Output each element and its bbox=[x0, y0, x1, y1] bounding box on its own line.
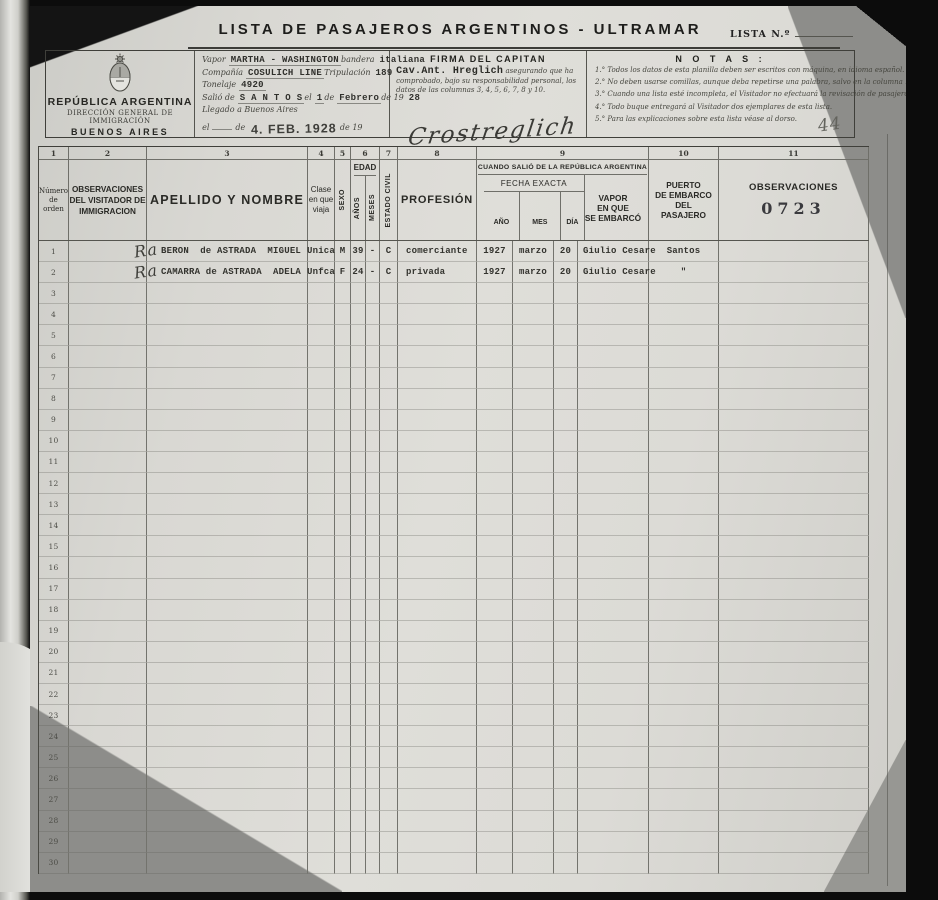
cell-vapor bbox=[578, 811, 649, 832]
cell-vapor bbox=[578, 346, 649, 367]
cell-row-number: 1 bbox=[39, 241, 69, 262]
cell-puerto bbox=[649, 536, 719, 557]
cell-meses bbox=[366, 283, 380, 304]
cell-name bbox=[147, 304, 308, 325]
cell-ano bbox=[477, 325, 513, 346]
cell-vapor bbox=[578, 579, 649, 600]
cell-profesion bbox=[398, 768, 477, 789]
table-row: 24 bbox=[39, 726, 869, 747]
cell-estado bbox=[380, 494, 398, 515]
cell-sexo bbox=[335, 705, 351, 726]
cell-clase bbox=[308, 473, 335, 494]
cell-meses bbox=[366, 747, 380, 768]
cell-ano bbox=[477, 536, 513, 557]
cell-dia bbox=[554, 768, 578, 789]
arrival-de-label: de bbox=[235, 123, 245, 132]
cell-puerto bbox=[649, 705, 719, 726]
cell-profesion bbox=[398, 832, 477, 853]
cell-ano: 1927 bbox=[477, 241, 513, 262]
cell-sexo bbox=[335, 304, 351, 325]
cell-anos bbox=[351, 768, 366, 789]
cell-visitador-mark bbox=[69, 536, 147, 557]
cell-sexo bbox=[335, 431, 351, 452]
cell-profesion bbox=[398, 579, 477, 600]
cell-dia bbox=[554, 642, 578, 663]
table-row: 22 bbox=[39, 684, 869, 705]
table-row: 28 bbox=[39, 811, 869, 832]
cell-dia bbox=[554, 346, 578, 367]
captain-statement: Cav.Ant. Hreglich asegurando que ha comp… bbox=[396, 66, 580, 95]
col-number: 5 bbox=[335, 147, 351, 160]
table-row: 19 bbox=[39, 621, 869, 642]
cell-ano bbox=[477, 410, 513, 431]
cell-obs bbox=[719, 473, 869, 494]
cell-profesion bbox=[398, 368, 477, 389]
cell-ano bbox=[477, 431, 513, 452]
cell-name bbox=[147, 768, 308, 789]
cell-puerto bbox=[649, 789, 719, 810]
cell-obs bbox=[719, 557, 869, 578]
cell-anos: 24 bbox=[351, 262, 366, 283]
cell-obs bbox=[719, 325, 869, 346]
cell-clase bbox=[308, 536, 335, 557]
cell-puerto bbox=[649, 325, 719, 346]
serial-number-stamp: 0723 bbox=[761, 199, 826, 218]
cell-clase bbox=[308, 346, 335, 367]
cell-vapor bbox=[578, 410, 649, 431]
cell-obs bbox=[719, 642, 869, 663]
cell-dia bbox=[554, 473, 578, 494]
table-row: 27 bbox=[39, 789, 869, 810]
cell-visitador-mark bbox=[69, 325, 147, 346]
cell-clase bbox=[308, 789, 335, 810]
cell-sexo bbox=[335, 684, 351, 705]
cell-anos bbox=[351, 789, 366, 810]
arrival-date-stamp: 4. FEB. 1928 bbox=[251, 121, 337, 136]
cell-sexo bbox=[335, 494, 351, 515]
cell-visitador-mark bbox=[69, 642, 147, 663]
cell-profesion bbox=[398, 747, 477, 768]
cell-vapor bbox=[578, 452, 649, 473]
cell-vapor bbox=[578, 557, 649, 578]
agency-city: BUENOS AIRES bbox=[46, 127, 194, 137]
handwritten-mark: Ra bbox=[133, 239, 159, 261]
cell-ano bbox=[477, 811, 513, 832]
compania-label: Compañía bbox=[202, 68, 243, 77]
cell-meses: - bbox=[366, 241, 380, 262]
cell-anos bbox=[351, 389, 366, 410]
cell-mes bbox=[513, 726, 554, 747]
cell-estado bbox=[380, 515, 398, 536]
cell-row-number: 4 bbox=[39, 304, 69, 325]
cell-mes: marzo bbox=[513, 262, 554, 283]
cell-clase bbox=[308, 768, 335, 789]
cell-dia bbox=[554, 663, 578, 684]
cell-anos bbox=[351, 368, 366, 389]
cell-meses bbox=[366, 726, 380, 747]
cell-name bbox=[147, 600, 308, 621]
cell-visitador-mark bbox=[69, 684, 147, 705]
cell-name bbox=[147, 832, 308, 853]
cell-visitador-mark bbox=[69, 663, 147, 684]
arrival-de19-label: de 19 bbox=[340, 123, 363, 132]
cell-row-number: 3 bbox=[39, 283, 69, 304]
cell-estado bbox=[380, 726, 398, 747]
cell-puerto bbox=[649, 389, 719, 410]
table-row: 17 bbox=[39, 579, 869, 600]
cell-estado: C bbox=[380, 262, 398, 283]
table-row: 3 bbox=[39, 283, 869, 304]
cell-profesion bbox=[398, 494, 477, 515]
cell-estado bbox=[380, 811, 398, 832]
cell-sexo bbox=[335, 789, 351, 810]
col-number: 1 bbox=[39, 147, 69, 160]
cell-estado bbox=[380, 600, 398, 621]
cell-sexo: M bbox=[335, 241, 351, 262]
notas-box: N O T A S : 1.° Todos los datos de esta … bbox=[587, 51, 854, 137]
cell-ano bbox=[477, 747, 513, 768]
cell-mes bbox=[513, 600, 554, 621]
cell-vapor bbox=[578, 789, 649, 810]
cell-puerto bbox=[649, 621, 719, 642]
cell-dia bbox=[554, 853, 578, 874]
cell-sexo bbox=[335, 663, 351, 684]
cell-anos bbox=[351, 684, 366, 705]
cell-clase bbox=[308, 494, 335, 515]
cell-clase bbox=[308, 747, 335, 768]
cell-estado bbox=[380, 621, 398, 642]
cell-name bbox=[147, 452, 308, 473]
nota-item-3: 3.° Cuando una lista esté incompleta, el… bbox=[595, 88, 846, 100]
cell-meses bbox=[366, 325, 380, 346]
cell-clase bbox=[308, 431, 335, 452]
cell-row-number: 16 bbox=[39, 557, 69, 578]
cell-vapor bbox=[578, 368, 649, 389]
cell-row-number: 5 bbox=[39, 325, 69, 346]
nota-item-1: 1.° Todos los datos de esta planilla deb… bbox=[595, 64, 846, 76]
cell-anos bbox=[351, 557, 366, 578]
cell-puerto: Santos bbox=[649, 241, 719, 262]
cell-sexo bbox=[335, 600, 351, 621]
cell-meses: - bbox=[366, 262, 380, 283]
table-row: 25 bbox=[39, 747, 869, 768]
cell-estado bbox=[380, 431, 398, 452]
cell-mes bbox=[513, 536, 554, 557]
cell-sexo bbox=[335, 473, 351, 494]
cell-name bbox=[147, 853, 308, 874]
cell-visitador-mark bbox=[69, 494, 147, 515]
cell-row-number: 9 bbox=[39, 410, 69, 431]
cell-row-number: 7 bbox=[39, 368, 69, 389]
salio-port: S A N T O S bbox=[238, 93, 305, 104]
title-rule bbox=[188, 47, 840, 49]
cell-ano bbox=[477, 621, 513, 642]
tonelaje-label: Tonelaje bbox=[202, 80, 236, 89]
header-meses: MESES bbox=[366, 176, 380, 240]
cell-visitador-mark bbox=[69, 705, 147, 726]
cell-obs bbox=[719, 410, 869, 431]
cell-profesion bbox=[398, 536, 477, 557]
col-number: 3 bbox=[147, 147, 308, 160]
cell-anos bbox=[351, 811, 366, 832]
cell-puerto bbox=[649, 368, 719, 389]
cell-puerto bbox=[649, 726, 719, 747]
table-row: 20 bbox=[39, 642, 869, 663]
cell-dia bbox=[554, 515, 578, 536]
cell-name bbox=[147, 325, 308, 346]
cell-obs bbox=[719, 663, 869, 684]
cell-name bbox=[147, 621, 308, 642]
cell-profesion: privada bbox=[398, 262, 477, 283]
cell-obs bbox=[719, 684, 869, 705]
cell-obs bbox=[719, 726, 869, 747]
col-number: 7 bbox=[380, 147, 398, 160]
cell-ano bbox=[477, 283, 513, 304]
cell-sexo bbox=[335, 410, 351, 431]
cell-mes bbox=[513, 325, 554, 346]
table-row: 9 bbox=[39, 410, 869, 431]
cell-visitador-mark bbox=[69, 768, 147, 789]
cell-sexo bbox=[335, 579, 351, 600]
cell-puerto bbox=[649, 663, 719, 684]
cell-dia bbox=[554, 494, 578, 515]
cell-visitador-mark bbox=[69, 368, 147, 389]
col-number: 10 bbox=[649, 147, 719, 160]
cell-meses bbox=[366, 389, 380, 410]
cell-dia bbox=[554, 389, 578, 410]
cell-visitador-mark bbox=[69, 283, 147, 304]
cell-profesion bbox=[398, 452, 477, 473]
cell-anos bbox=[351, 726, 366, 747]
cell-profesion bbox=[398, 389, 477, 410]
cell-name bbox=[147, 684, 308, 705]
cell-ano bbox=[477, 684, 513, 705]
cell-puerto bbox=[649, 832, 719, 853]
cell-anos bbox=[351, 283, 366, 304]
cell-vapor bbox=[578, 684, 649, 705]
cell-obs bbox=[719, 304, 869, 325]
cell-dia bbox=[554, 283, 578, 304]
cell-profesion bbox=[398, 642, 477, 663]
cell-meses bbox=[366, 579, 380, 600]
cell-dia bbox=[554, 621, 578, 642]
header-cuando-salio-group: CUANDO SALIÓ DE LA REPÚBLICA ARGENTINA F… bbox=[477, 160, 649, 240]
header-dia: DÍA bbox=[561, 192, 584, 240]
cell-dia bbox=[554, 536, 578, 557]
cell-visitador-mark bbox=[69, 452, 147, 473]
cell-sexo bbox=[335, 726, 351, 747]
cell-meses bbox=[366, 515, 380, 536]
cell-name bbox=[147, 663, 308, 684]
cell-anos bbox=[351, 536, 366, 557]
cell-visitador-mark bbox=[69, 811, 147, 832]
cell-clase bbox=[308, 579, 335, 600]
cell-estado bbox=[380, 642, 398, 663]
table-row: 7 bbox=[39, 368, 869, 389]
nota-item-2: 2.° No deben usarse comillas, aunque deb… bbox=[595, 76, 846, 88]
cell-vapor bbox=[578, 832, 649, 853]
cell-visitador-mark bbox=[69, 726, 147, 747]
cell-dia bbox=[554, 832, 578, 853]
cell-visitador-mark bbox=[69, 747, 147, 768]
agency-box: REPÚBLICA ARGENTINA DIRECCIÓN GENERAL DE… bbox=[46, 51, 195, 137]
header-band: REPÚBLICA ARGENTINA DIRECCIÓN GENERAL DE… bbox=[45, 50, 855, 138]
header-mes: MES bbox=[520, 192, 561, 240]
table-row: 13 bbox=[39, 494, 869, 515]
cell-meses bbox=[366, 768, 380, 789]
cell-sexo bbox=[335, 452, 351, 473]
cell-vapor bbox=[578, 853, 649, 874]
cell-anos bbox=[351, 600, 366, 621]
cell-dia bbox=[554, 789, 578, 810]
cell-puerto bbox=[649, 452, 719, 473]
cell-obs bbox=[719, 536, 869, 557]
cell-sexo bbox=[335, 346, 351, 367]
cell-vapor bbox=[578, 768, 649, 789]
cell-profesion bbox=[398, 431, 477, 452]
cell-dia bbox=[554, 368, 578, 389]
cell-sexo bbox=[335, 621, 351, 642]
cell-vapor bbox=[578, 621, 649, 642]
cell-meses bbox=[366, 684, 380, 705]
cell-sexo bbox=[335, 536, 351, 557]
cell-anos bbox=[351, 663, 366, 684]
header-observaciones-label: OBSERVACIONES bbox=[749, 182, 838, 193]
cell-anos bbox=[351, 346, 366, 367]
salio-month: Febrero bbox=[337, 93, 381, 104]
cell-meses bbox=[366, 811, 380, 832]
cell-anos bbox=[351, 431, 366, 452]
header-fecha-exacta-group: FECHA EXACTA AÑO MES DÍA bbox=[484, 175, 585, 240]
cell-obs bbox=[719, 705, 869, 726]
cell-meses bbox=[366, 600, 380, 621]
cell-row-number: 6 bbox=[39, 346, 69, 367]
cell-ano bbox=[477, 642, 513, 663]
cell-estado bbox=[380, 853, 398, 874]
cell-clase bbox=[308, 853, 335, 874]
cell-meses bbox=[366, 368, 380, 389]
cell-puerto bbox=[649, 346, 719, 367]
cell-profesion bbox=[398, 346, 477, 367]
cell-anos bbox=[351, 832, 366, 853]
cell-ano bbox=[477, 726, 513, 747]
cell-visitador-mark bbox=[69, 389, 147, 410]
cell-ano bbox=[477, 579, 513, 600]
ship-line-tonelaje: Tonelaje 4920 bbox=[202, 80, 384, 93]
cell-puerto: " bbox=[649, 262, 719, 283]
cell-row-number: 28 bbox=[39, 811, 69, 832]
cell-row-number: 22 bbox=[39, 684, 69, 705]
cell-anos bbox=[351, 579, 366, 600]
cell-mes bbox=[513, 832, 554, 853]
page-edge-line bbox=[887, 134, 888, 886]
cell-estado bbox=[380, 768, 398, 789]
cell-vapor bbox=[578, 705, 649, 726]
cell-dia: 20 bbox=[554, 241, 578, 262]
cell-meses bbox=[366, 494, 380, 515]
cell-estado bbox=[380, 304, 398, 325]
cell-clase bbox=[308, 368, 335, 389]
table-row: 15 bbox=[39, 536, 869, 557]
cell-obs bbox=[719, 811, 869, 832]
cell-clase bbox=[308, 811, 335, 832]
cell-meses bbox=[366, 346, 380, 367]
cell-profesion bbox=[398, 853, 477, 874]
cell-obs bbox=[719, 621, 869, 642]
cell-mes bbox=[513, 473, 554, 494]
cell-row-number: 30 bbox=[39, 853, 69, 874]
cell-puerto bbox=[649, 642, 719, 663]
cell-vapor bbox=[578, 536, 649, 557]
cell-profesion bbox=[398, 789, 477, 810]
cell-visitador-mark bbox=[69, 853, 147, 874]
cell-estado bbox=[380, 557, 398, 578]
cell-estado bbox=[380, 663, 398, 684]
cell-ano bbox=[477, 473, 513, 494]
cell-profesion bbox=[398, 283, 477, 304]
cell-obs bbox=[719, 789, 869, 810]
captain-heading: FIRMA DEL CAPITAN bbox=[396, 54, 580, 64]
cell-profesion bbox=[398, 473, 477, 494]
cell-row-number: 29 bbox=[39, 832, 69, 853]
cell-puerto bbox=[649, 431, 719, 452]
corner-clip-top-right bbox=[854, 6, 906, 48]
cell-estado bbox=[380, 705, 398, 726]
cell-meses bbox=[366, 431, 380, 452]
cell-sexo bbox=[335, 768, 351, 789]
cell-row-number: 12 bbox=[39, 473, 69, 494]
cell-clase bbox=[308, 600, 335, 621]
header-cuando-salio-label: CUANDO SALIÓ DE LA REPÚBLICA ARGENTINA bbox=[478, 160, 647, 175]
cell-clase bbox=[308, 389, 335, 410]
cell-puerto bbox=[649, 579, 719, 600]
cell-sexo bbox=[335, 325, 351, 346]
table-row: 10 bbox=[39, 431, 869, 452]
cell-puerto bbox=[649, 557, 719, 578]
cell-name bbox=[147, 705, 308, 726]
cell-mes bbox=[513, 642, 554, 663]
cell-ano bbox=[477, 389, 513, 410]
cell-row-number: 15 bbox=[39, 536, 69, 557]
nota-item-4: 4.° Todo buque entregará al Visitador do… bbox=[595, 101, 846, 113]
table-row: 21 bbox=[39, 663, 869, 684]
ship-line-salio: Salió de S A N T O S el 1 de Febrero de … bbox=[202, 93, 384, 106]
table-body: 1RaBERON de ASTRADA MIGUELUnicaM39-Ccome… bbox=[39, 241, 869, 874]
salio-day: 1 bbox=[315, 93, 325, 104]
cell-clase bbox=[308, 621, 335, 642]
cell-vapor bbox=[578, 325, 649, 346]
header-anos-label: AÑOS bbox=[354, 197, 361, 219]
tonelaje-value: 4920 bbox=[239, 80, 266, 91]
cell-obs bbox=[719, 283, 869, 304]
arrival-blank-1 bbox=[212, 121, 232, 130]
cell-clase: Unfca bbox=[308, 262, 335, 283]
cell-estado bbox=[380, 684, 398, 705]
col-number: 11 bbox=[719, 147, 869, 160]
cell-name bbox=[147, 431, 308, 452]
cell-visitador-mark bbox=[69, 431, 147, 452]
cell-estado bbox=[380, 473, 398, 494]
cell-clase: Unica bbox=[308, 241, 335, 262]
cell-meses bbox=[366, 705, 380, 726]
cell-puerto bbox=[649, 600, 719, 621]
cell-estado bbox=[380, 747, 398, 768]
cell-anos bbox=[351, 325, 366, 346]
cell-name: CAMARRA de ASTRADA ADELA bbox=[147, 262, 308, 283]
cell-profesion bbox=[398, 557, 477, 578]
cell-profesion: comerciante bbox=[398, 241, 477, 262]
cell-visitador-mark: Ra bbox=[69, 241, 147, 262]
